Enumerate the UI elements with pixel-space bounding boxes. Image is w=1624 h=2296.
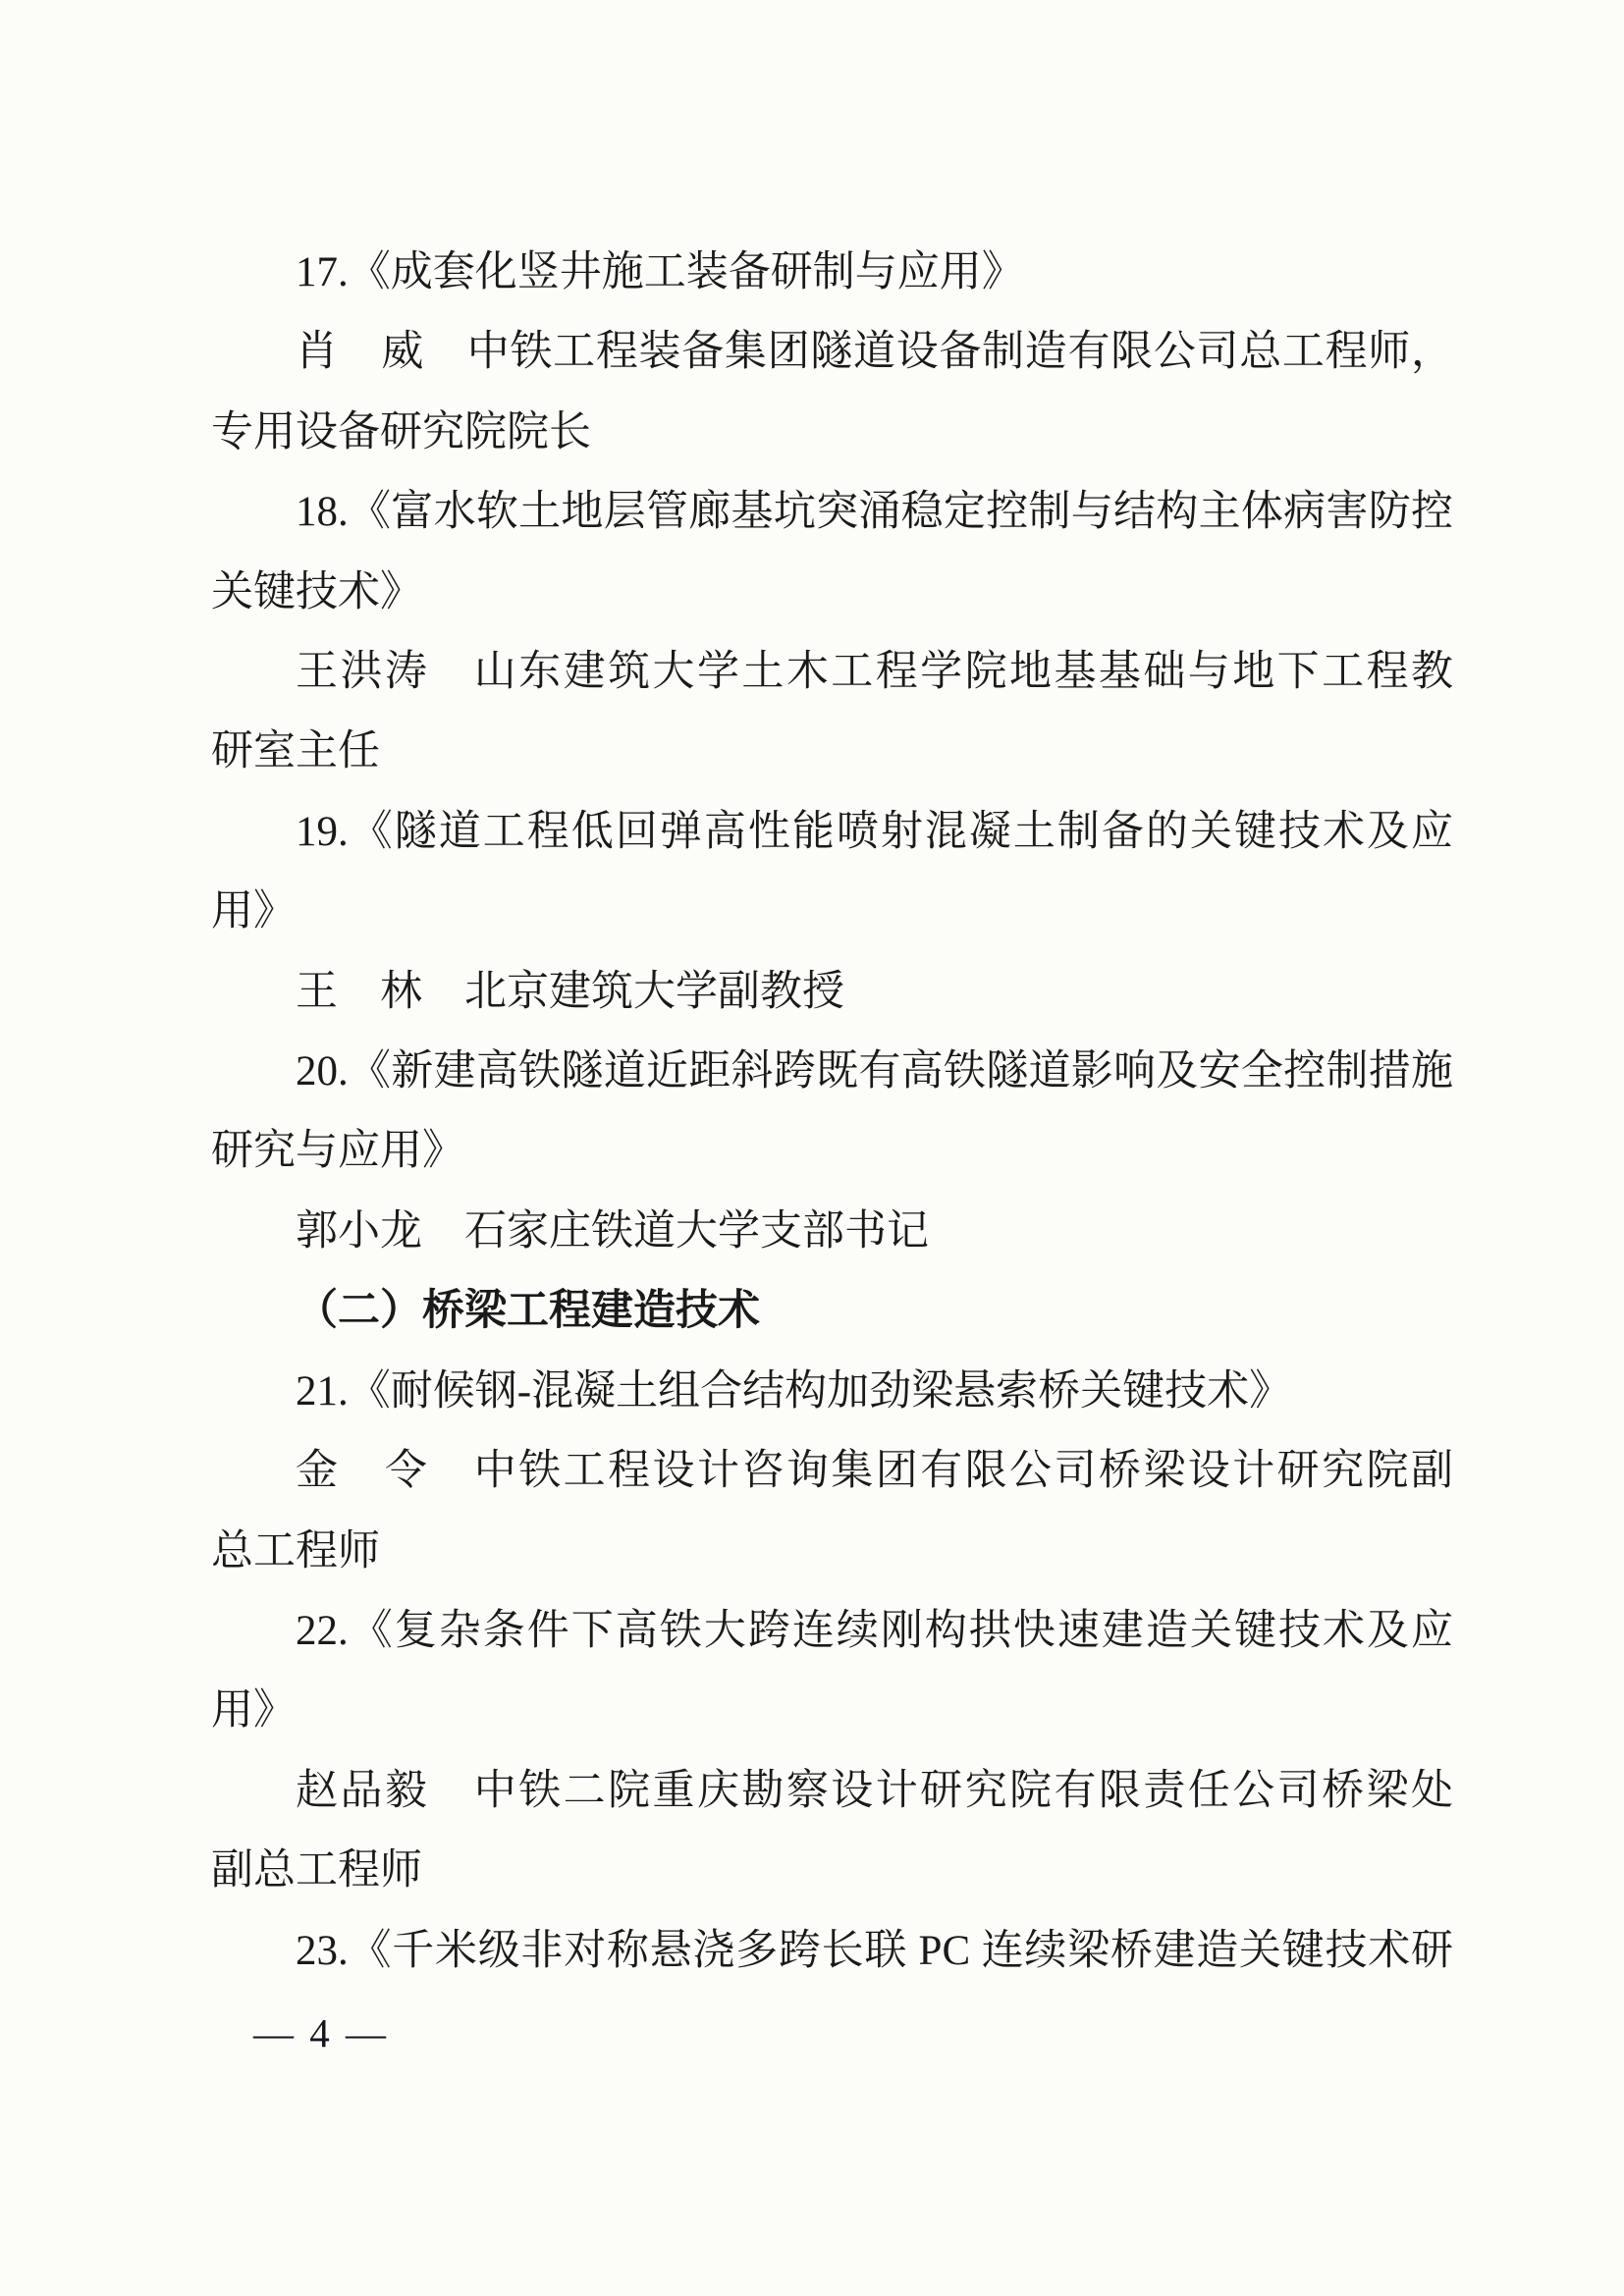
text-line: 研室主任	[211, 712, 1453, 791]
document-body: 17.《成套化竖井施工装备研制与应用》 肖 威 中铁工程装备集团隧道设备制造有限…	[211, 233, 1453, 1991]
item-22-awardee: 赵品毅 中铁二院重庆勘察设计研究院有限责任公司桥梁处 副总工程师	[211, 1751, 1453, 1911]
text-line: 用》	[211, 872, 1453, 951]
item-19-title: 19.《隧道工程低回弹高性能喷射混凝土制备的关键技术及应 用》	[211, 792, 1453, 952]
text-line: 关键技术》	[211, 553, 1453, 632]
item-23-title: 23.《千米级非对称悬浇多跨长联 PC 连续梁桥建造关键技术研	[211, 1911, 1453, 1991]
section-heading-text: （二）桥梁工程建造技术	[211, 1271, 1453, 1351]
item-21-awardee: 金 令 中铁工程设计咨询集团有限公司桥梁设计研究院副 总工程师	[211, 1431, 1453, 1591]
item-22-title: 22.《复杂条件下高铁大跨连续刚构拱快速建造关键技术及应 用》	[211, 1591, 1453, 1751]
text-line: 19.《隧道工程低回弹高性能喷射混凝土制备的关键技术及应	[211, 792, 1453, 872]
item-21-title: 21.《耐候钢-混凝土组合结构加劲梁悬索桥关键技术》	[211, 1352, 1453, 1431]
text-line: 17.《成套化竖井施工装备研制与应用》	[211, 233, 1453, 312]
text-line: 18.《富水软土地层管廊基坑突涌稳定控制与结构主体病害防控	[211, 472, 1453, 552]
item-17-awardee: 肖 威 中铁工程装备集团隧道设备制造有限公司总工程师， 专用设备研究院院长	[211, 312, 1453, 472]
item-17-title: 17.《成套化竖井施工装备研制与应用》	[211, 233, 1453, 312]
item-20-title: 20.《新建高铁隧道近距斜跨既有高铁隧道影响及安全控制措施 研究与应用》	[211, 1032, 1453, 1192]
text-line: 王洪涛 山东建筑大学土木工程学院地基基础与地下工程教	[211, 632, 1453, 712]
text-line: 20.《新建高铁隧道近距斜跨既有高铁隧道影响及安全控制措施	[211, 1032, 1453, 1111]
item-18-title: 18.《富水软土地层管廊基坑突涌稳定控制与结构主体病害防控 关键技术》	[211, 472, 1453, 632]
section-2-heading: （二）桥梁工程建造技术	[211, 1271, 1453, 1351]
text-line: 总工程师	[211, 1512, 1453, 1591]
text-line: 肖 威 中铁工程装备集团隧道设备制造有限公司总工程师，	[211, 312, 1453, 392]
text-line: 22.《复杂条件下高铁大跨连续刚构拱快速建造关键技术及应	[211, 1591, 1453, 1671]
item-19-awardee: 王 林 北京建筑大学副教授	[211, 952, 1453, 1032]
text-line: 郭小龙 石家庄铁道大学支部书记	[211, 1192, 1453, 1271]
text-line: 赵品毅 中铁二院重庆勘察设计研究院有限责任公司桥梁处	[211, 1751, 1453, 1831]
text-line: 专用设备研究院院长	[211, 393, 1453, 472]
text-line: 21.《耐候钢-混凝土组合结构加劲梁悬索桥关键技术》	[211, 1352, 1453, 1431]
item-20-awardee: 郭小龙 石家庄铁道大学支部书记	[211, 1192, 1453, 1271]
item-18-awardee: 王洪涛 山东建筑大学土木工程学院地基基础与地下工程教 研室主任	[211, 632, 1453, 792]
text-line: 用》	[211, 1671, 1453, 1750]
text-line: 金 令 中铁工程设计咨询集团有限公司桥梁设计研究院副	[211, 1431, 1453, 1511]
text-line: 王 林 北京建筑大学副教授	[211, 952, 1453, 1032]
text-line: 副总工程师	[211, 1831, 1453, 1910]
document-page: 17.《成套化竖井施工装备研制与应用》 肖 威 中铁工程装备集团隧道设备制造有限…	[0, 0, 1624, 2296]
text-line: 23.《千米级非对称悬浇多跨长联 PC 连续梁桥建造关键技术研	[211, 1911, 1453, 1991]
text-line: 研究与应用》	[211, 1111, 1453, 1191]
page-number: — 4 —	[253, 2008, 389, 2057]
